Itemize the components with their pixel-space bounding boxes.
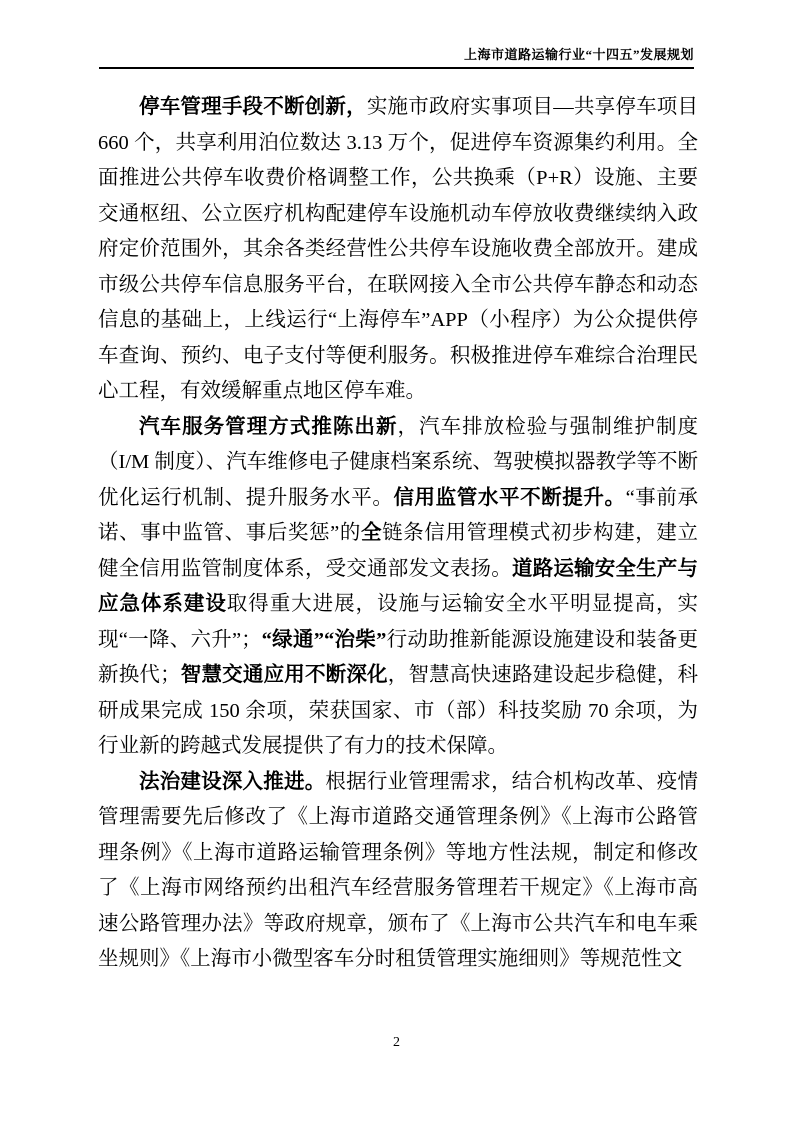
header-rule	[99, 67, 694, 69]
text-run-bold: 智慧交通应用不断深化	[181, 664, 388, 686]
text-run-bold: 全	[361, 522, 382, 544]
page-header: 上海市道路运输行业“十四五”发展规划	[99, 46, 694, 69]
text-run-bold: “绿通”“治柴”	[262, 629, 387, 651]
text-run: 根据行业管理需求，结合机构改革、疫情管理需要先后修改了《上海市道路交通管理条例》…	[98, 771, 698, 971]
text-run-bold: 汽车服务管理方式推陈出新	[139, 416, 397, 438]
document-body: 停车管理手段不断创新，实施市政府实事项目—共享停车项目 660 个，共享利用泊位…	[98, 90, 698, 978]
header-title: 上海市道路运输行业“十四五”发展规划	[99, 46, 694, 64]
paragraph-vehicle-service: 汽车服务管理方式推陈出新，汽车排放检验与强制维护制度（I/M 制度）、汽车维修电…	[98, 410, 698, 765]
text-run-bold: 信用监管水平不断提升。	[393, 487, 625, 509]
paragraph-parking-management: 停车管理手段不断创新，实施市政府实事项目—共享停车项目 660 个，共享利用泊位…	[98, 90, 698, 410]
paragraph-legal-construction: 法治建设深入推进。根据行业管理需求，结合机构改革、疫情管理需要先后修改了《上海市…	[98, 765, 698, 978]
text-run-bold: 法治建设深入推进。	[139, 771, 325, 793]
page-number: 2	[393, 1035, 400, 1050]
page-footer: 2	[0, 1033, 793, 1053]
text-run: 实施市政府实事项目—共享停车项目 660 个，共享利用泊位数达 3.13 万个，…	[98, 96, 698, 402]
text-run-bold: 停车管理手段不断创新，	[139, 96, 367, 118]
document-page: 上海市道路运输行业“十四五”发展规划 停车管理手段不断创新，实施市政府实事项目—…	[0, 0, 793, 1123]
